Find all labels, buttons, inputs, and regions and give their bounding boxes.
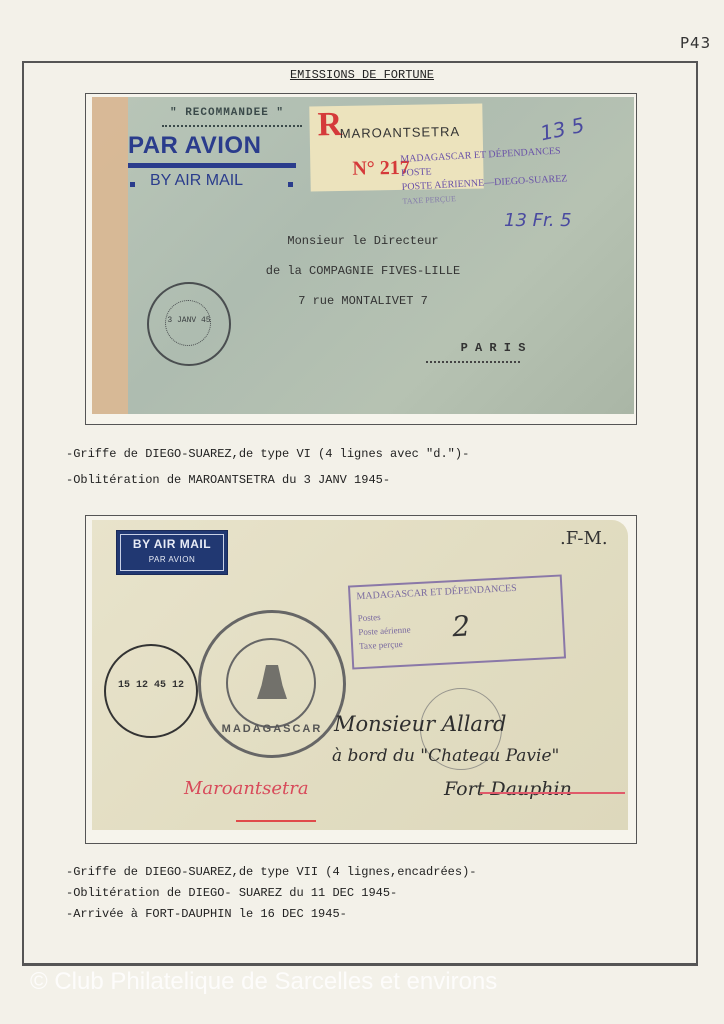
red-underline <box>236 820 316 822</box>
postmark-date: 15 12 45 12 <box>106 680 196 691</box>
square-bullet-icon <box>288 182 293 187</box>
airmail-line2: PAR AVION <box>117 555 227 564</box>
cover2-caption: -Oblitération de DIEGO- SUAREZ du 11 DEC… <box>66 886 397 900</box>
cover2-envelope: BY AIR MAIL PAR AVION .F-M. MADAGASCAR E… <box>92 520 628 830</box>
griffe-line: MADAGASCAR ET DÉPENDANCES <box>356 583 517 602</box>
handwritten-tax-bottom: 13 Fr. 5 <box>504 210 572 231</box>
par-avion-label: PAR AVION <box>128 132 261 160</box>
registration-town: MAROANTSETRA <box>340 124 461 141</box>
griffe-amount: 2 <box>451 609 471 643</box>
censor-tape <box>92 97 128 414</box>
seal-ring-text: MADAGASCAR <box>201 723 343 735</box>
copyright-watermark: © Club Philatelique de Sarcelles et envi… <box>30 968 497 996</box>
cover2-caption: -Griffe de DIEGO-SUAREZ,de type VII (4 l… <box>66 865 476 879</box>
address-line: de la COMPAGNIE FIVES-LILLE <box>92 264 634 278</box>
handwritten-tax-top: 13 5 <box>538 113 587 146</box>
airmail-line1: BY AIR MAIL <box>117 537 227 551</box>
postmark-date: 3 JANV 45 <box>149 316 229 325</box>
cover1-caption: -Griffe de DIEGO-SUAREZ,de type VI (4 li… <box>66 447 469 461</box>
handwritten-address-line: Monsieur Allard <box>334 712 506 736</box>
postmark-tananarive: 15 12 45 12 <box>104 644 198 738</box>
square-bullet-icon <box>130 182 135 187</box>
page-number: P43 <box>680 34 711 52</box>
cover1-caption: -Oblitération de MAROANTSETRA du 3 JANV … <box>66 473 390 487</box>
red-strikethrough <box>480 792 625 794</box>
postmark-maroantsetra: 3 JANV 45 <box>147 282 231 366</box>
handwritten-address-line: Fort Dauphin <box>444 778 572 800</box>
address-line: Monsieur le Directeur <box>92 234 634 248</box>
by-air-mail-label: BY AIR MAIL <box>150 172 243 190</box>
handwritten-red-origin: Maroantsetra <box>184 778 309 799</box>
cover1-envelope: " RECOMMANDEE " PAR AVION BY AIR MAIL R … <box>92 97 634 414</box>
griffe-line: Taxe perçue <box>359 639 403 651</box>
griffe-type-vii: MADAGASCAR ET DÉPENDANCES Postes Poste a… <box>348 574 566 669</box>
cover2-caption: -Arrivée à FORT-DAUPHIN le 16 DEC 1945- <box>66 907 347 921</box>
city-underline <box>426 361 520 363</box>
recommandee-rule <box>162 125 302 127</box>
airmail-bar <box>128 163 296 168</box>
address-city: P A R I S <box>222 341 634 355</box>
recommandee-label: " RECOMMANDEE " <box>170 107 284 119</box>
diego-suarez-seal: MADAGASCAR <box>198 610 346 758</box>
griffe-line: Postes <box>357 612 381 623</box>
griffe-type-vi: MADAGASCAR ET DÉPENDANCES POSTE POSTE AÉ… <box>400 144 569 209</box>
handwritten-address-line: à bord du "Chateau Pavie" <box>332 746 559 766</box>
griffe-line: Poste aérienne <box>358 624 411 637</box>
fm-annotation: .F-M. <box>560 528 608 549</box>
page-title: EMISSIONS DE FORTUNE <box>0 68 724 82</box>
airmail-etiquette: BY AIR MAIL PAR AVION <box>116 530 228 575</box>
